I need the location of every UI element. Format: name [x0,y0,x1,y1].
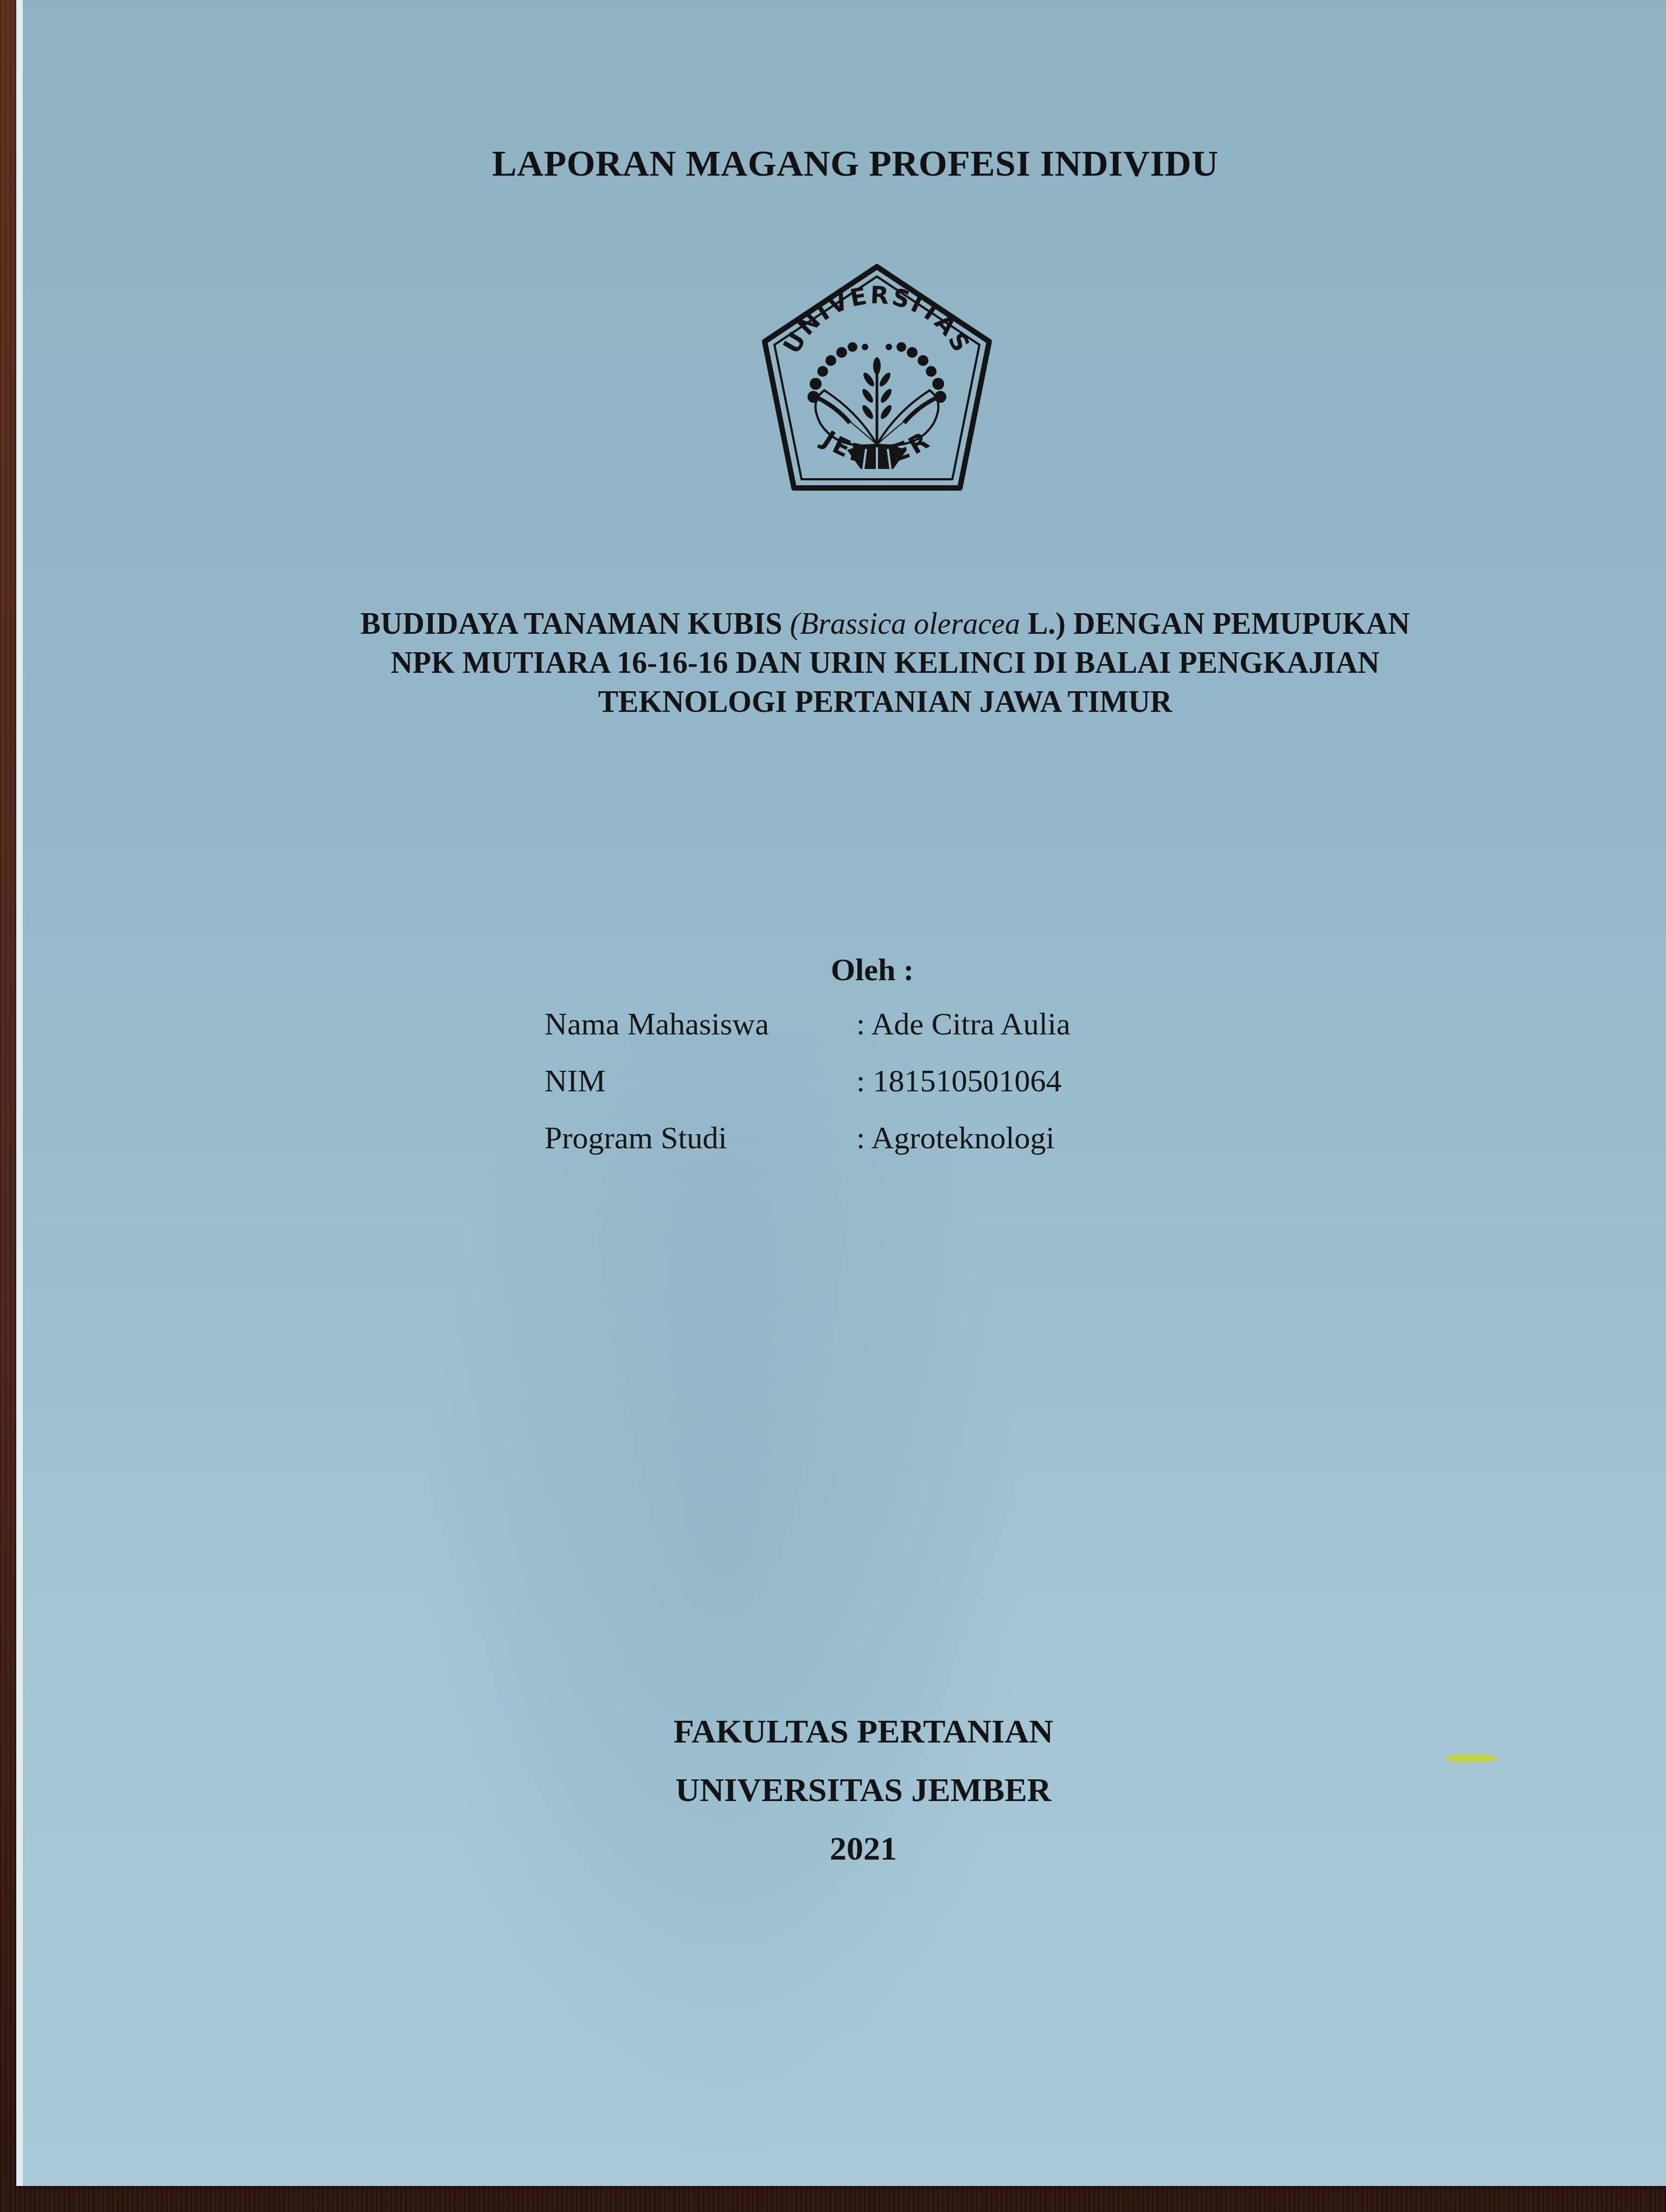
institution-footer: FAKULTAS PERTANIAN UNIVERSITAS JEMBER 20… [646,1702,1080,1878]
scientific-name: (Brassica oleracea [790,607,1020,641]
svg-text:UNIVERSITAS: UNIVERSITAS [778,281,976,358]
row-value: : Ade Citra Aulia [856,1006,1071,1042]
report-type-heading: LAPORAN MAGANG PROFESI INDIVIDU [23,142,1666,185]
report-cover-page: LAPORAN MAGANG PROFESI INDIVIDU UNIVERSI… [16,0,1666,2186]
title-line-2: NPK MUTIARA 16-16-16 DAN URIN KELINCI DI… [261,644,1509,683]
author-heading: Oleh : [831,951,914,988]
photo-reflection [419,1030,1026,2169]
university-name: UNIVERSITAS JEMBER [646,1761,1080,1819]
university-logo-icon: UNIVERSITAS JEMBER [755,260,999,504]
report-title: BUDIDAYA TANAMAN KUBIS (Brassica olerace… [261,605,1509,722]
title-line-3: TEKNOLOGI PERTANIAN JAWA TIMUR [261,683,1509,722]
row-label: Program Studi [544,1120,727,1156]
faculty-name: FAKULTAS PERTANIAN [646,1702,1080,1761]
row-value: : Agroteknologi [856,1120,1055,1156]
row-label: NIM [544,1063,606,1099]
row-value: : 181510501064 [856,1063,1062,1099]
year: 2021 [646,1819,1080,1878]
title-line-1: BUDIDAYA TANAMAN KUBIS (Brassica olerace… [261,605,1509,644]
row-label: Nama Mahasiswa [544,1006,769,1042]
highlighter-mark [1446,1754,1498,1762]
